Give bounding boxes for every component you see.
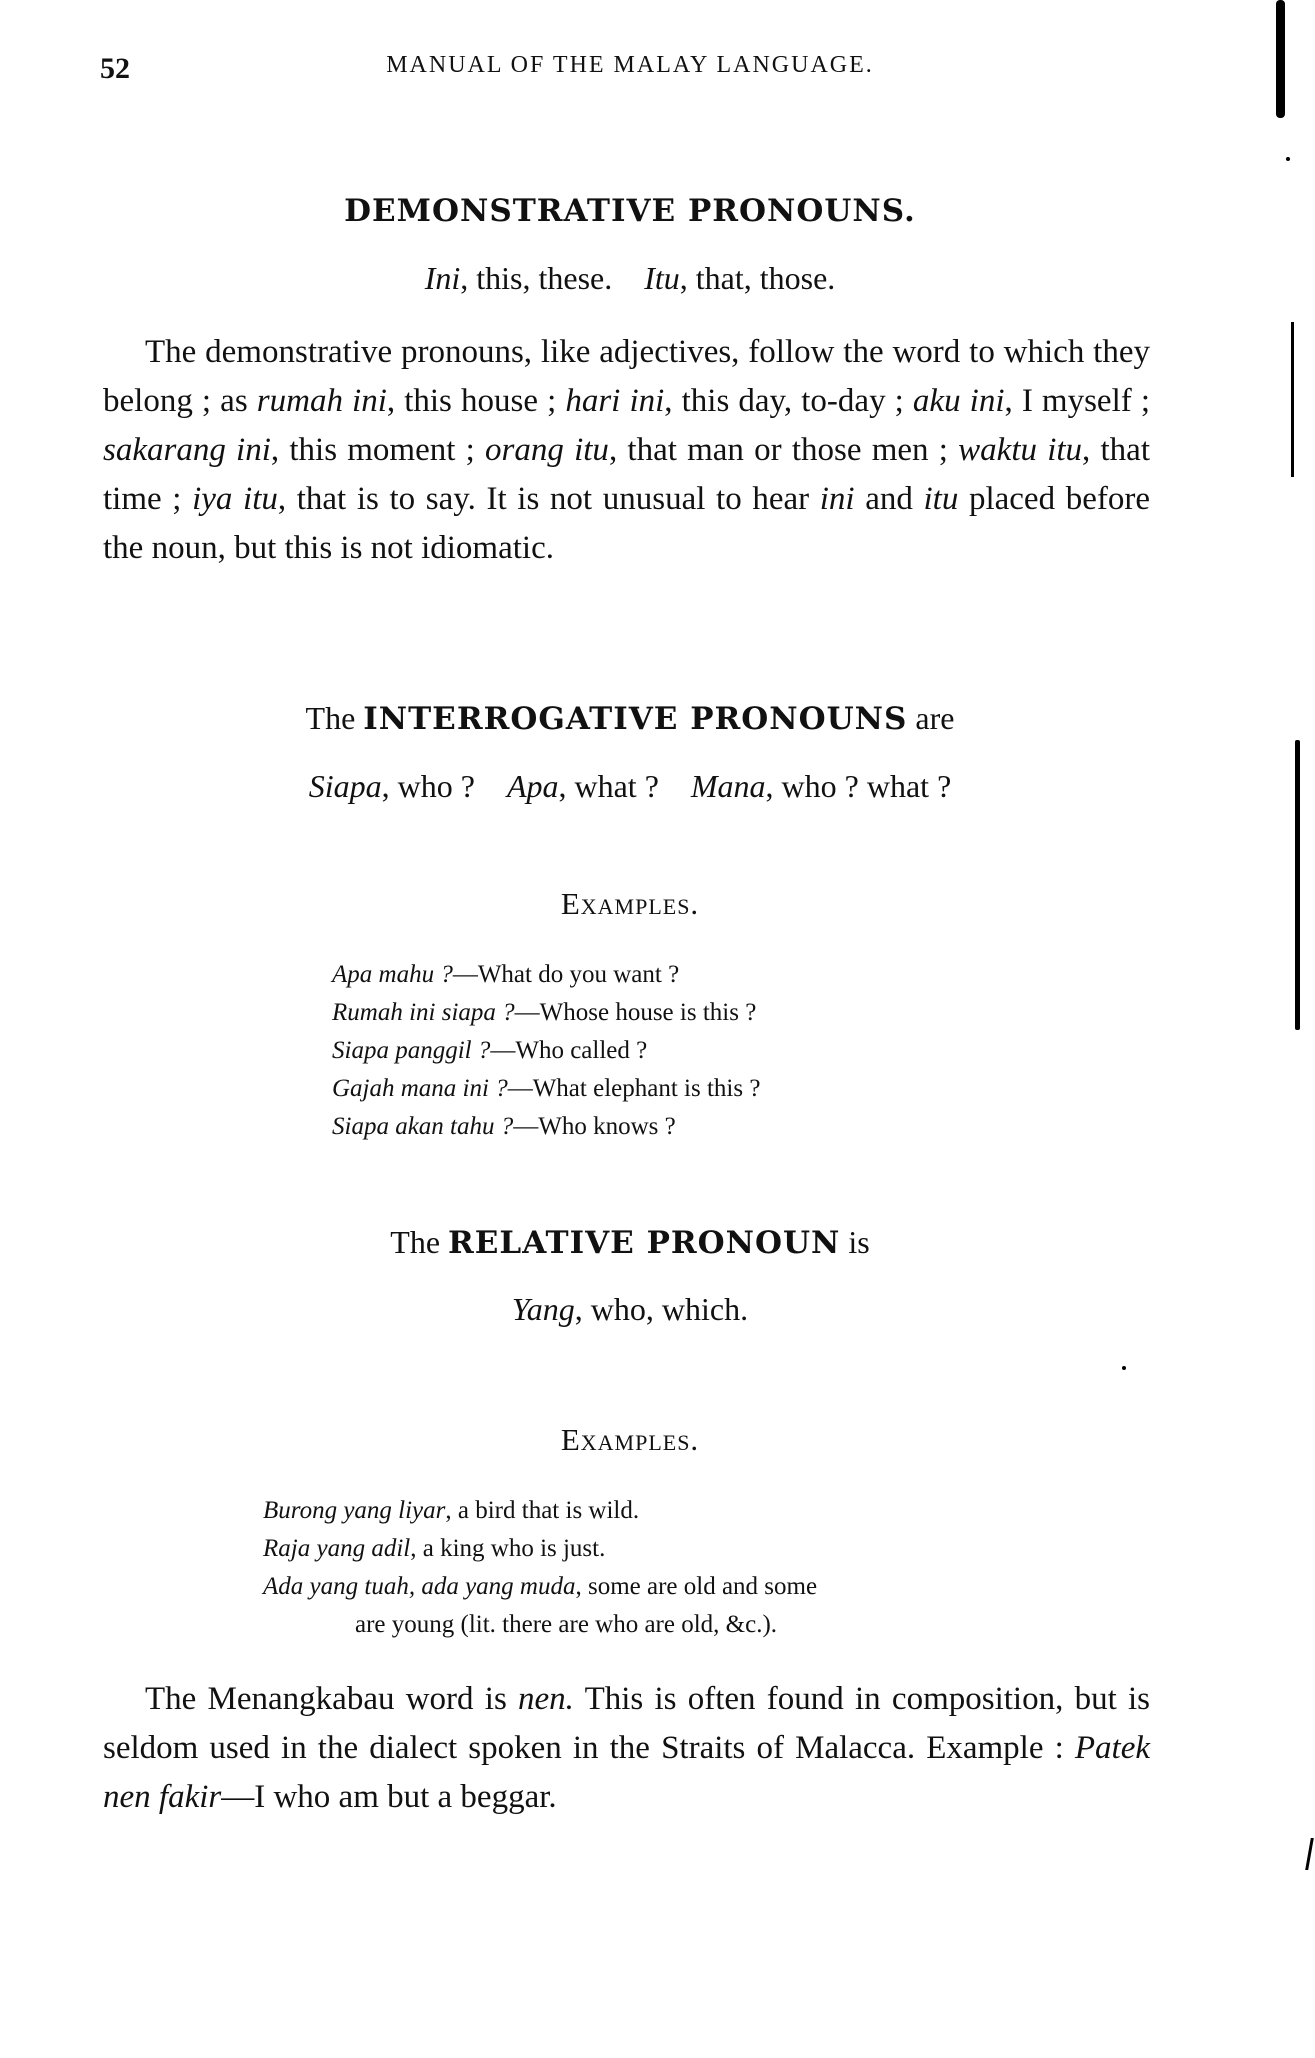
menangkabau-paragraph: The Menangkabau word is nen. This is oft… (103, 1675, 1150, 1822)
demonstrative-heading: DEMONSTRATIVE PRONOUNS. (0, 193, 1260, 229)
example-malay: Siapa akan tahu ? (332, 1113, 513, 1140)
form-gloss: , this, these. (460, 260, 612, 296)
example-line: Apa mahu ?—What do you want ? (332, 956, 760, 994)
heading-bold: INTERROGATIVE PRONOUNS (363, 701, 907, 737)
heading-bold: RELATIVE PRONOUN (448, 1225, 840, 1261)
example-line: Ada yang tuah, ada yang muda, some are o… (263, 1568, 817, 1606)
text-run: , this day, to-day ; (664, 383, 913, 419)
italic-term: waktu itu (958, 432, 1082, 468)
example-line: Gajah mana ini ?—What elephant is this ? (332, 1070, 760, 1108)
form-gloss: , that, those. (680, 260, 836, 296)
form-word: Itu (644, 260, 680, 296)
text-run: , this house ; (387, 383, 565, 419)
form-word: Ini (425, 260, 461, 296)
example-continuation: are young (lit. there are who are old, &… (263, 1606, 817, 1644)
demonstrative-paragraph: The demonstrative pronouns, like adjecti… (103, 328, 1150, 573)
italic-term: hari ini (565, 383, 664, 419)
scan-edge-mark (1295, 740, 1300, 1030)
form-word: Apa (507, 768, 559, 804)
form-gloss: , who, which. (575, 1291, 748, 1327)
example-english: —Who knows ? (513, 1113, 675, 1140)
example-malay: Apa mahu ? (332, 961, 453, 988)
text-run: and (855, 481, 924, 517)
examples-heading: Examples. (0, 1422, 1260, 1458)
example-english: , some are old and some (575, 1573, 817, 1600)
scan-edge-mark (1276, 0, 1285, 118)
scan-edge-mark (1305, 1838, 1314, 1870)
example-malay: Burong yang liyar (263, 1497, 445, 1524)
form-word: Mana (691, 768, 766, 804)
text-run: , that man or those men ; (609, 432, 958, 468)
example-line: Burong yang liyar, a bird that is wild. (263, 1492, 817, 1530)
paragraph-text: The Menangkabau word is nen. This is oft… (103, 1675, 1150, 1822)
text-run: , that is to say. It is not unusual to h… (278, 481, 820, 517)
heading-suffix: are (907, 700, 954, 736)
example-malay: Ada yang tuah, ada yang muda (263, 1573, 575, 1600)
heading-prefix: The (390, 1224, 448, 1260)
text-run: The Menangkabau word is (145, 1681, 518, 1717)
examples-heading: Examples. (0, 886, 1260, 922)
italic-term: iya itu (192, 481, 278, 517)
interrogative-heading: The INTERROGATIVE PRONOUNS are (0, 700, 1260, 737)
example-malay: Siapa panggil ? (332, 1037, 490, 1064)
example-line: Rumah ini siapa ?—Whose house is this ? (332, 994, 760, 1032)
text-run: , this moment ; (271, 432, 485, 468)
example-malay: Raja yang adil (263, 1535, 410, 1562)
form-gloss: , who ? (382, 768, 475, 804)
form-gloss: , what ? (558, 768, 658, 804)
relative-heading: The RELATIVE PRONOUN is (0, 1224, 1260, 1261)
running-head: MANUAL OF THE MALAY LANGUAGE. (0, 52, 1260, 79)
interrogative-examples: Apa mahu ?—What do you want ? Rumah ini … (332, 956, 760, 1146)
heading-prefix: The (306, 700, 364, 736)
interrogative-forms: Siapa, who ? Apa, what ? Mana, who ? wha… (0, 768, 1260, 805)
example-malay: Rumah ini siapa ? (332, 999, 515, 1026)
italic-term: nen. (518, 1681, 574, 1717)
example-english: —Whose house is this ? (515, 999, 757, 1026)
relative-examples: Burong yang liyar, a bird that is wild. … (263, 1492, 817, 1644)
scan-dot (1286, 157, 1290, 161)
example-english: , a bird that is wild. (445, 1497, 639, 1524)
italic-term: sakarang ini (103, 432, 271, 468)
relative-form: Yang, who, which. (0, 1291, 1260, 1328)
example-english: —What do you want ? (453, 961, 679, 988)
example-malay: Gajah mana ini ? (332, 1075, 508, 1102)
example-english: —What elephant is this ? (508, 1075, 761, 1102)
paragraph-text: The demonstrative pronouns, like adjecti… (103, 328, 1150, 573)
example-line: Siapa akan tahu ?—Who knows ? (332, 1108, 760, 1146)
text-run: , I myself ; (1005, 383, 1151, 419)
scan-edge-mark (1291, 322, 1294, 477)
italic-term: aku ini (913, 383, 1005, 419)
form-word: Yang (512, 1291, 575, 1327)
form-word: Siapa (309, 768, 382, 804)
example-english: , a king who is just. (410, 1535, 605, 1562)
example-line: Siapa panggil ?—Who called ? (332, 1032, 760, 1070)
heading-suffix: is (840, 1224, 869, 1260)
example-line: Raja yang adil, a king who is just. (263, 1530, 817, 1568)
text-run: —I who am but a beggar. (221, 1779, 556, 1815)
demonstrative-forms: Ini, this, these. Itu, that, those. (0, 260, 1260, 297)
scan-dot (1122, 1366, 1126, 1370)
italic-term: orang itu (485, 432, 609, 468)
italic-term: rumah ini (257, 383, 387, 419)
italic-term: ini (820, 481, 855, 517)
form-gloss: , who ? what ? (766, 768, 952, 804)
example-english: —Who called ? (490, 1037, 647, 1064)
italic-term: itu (923, 481, 958, 517)
